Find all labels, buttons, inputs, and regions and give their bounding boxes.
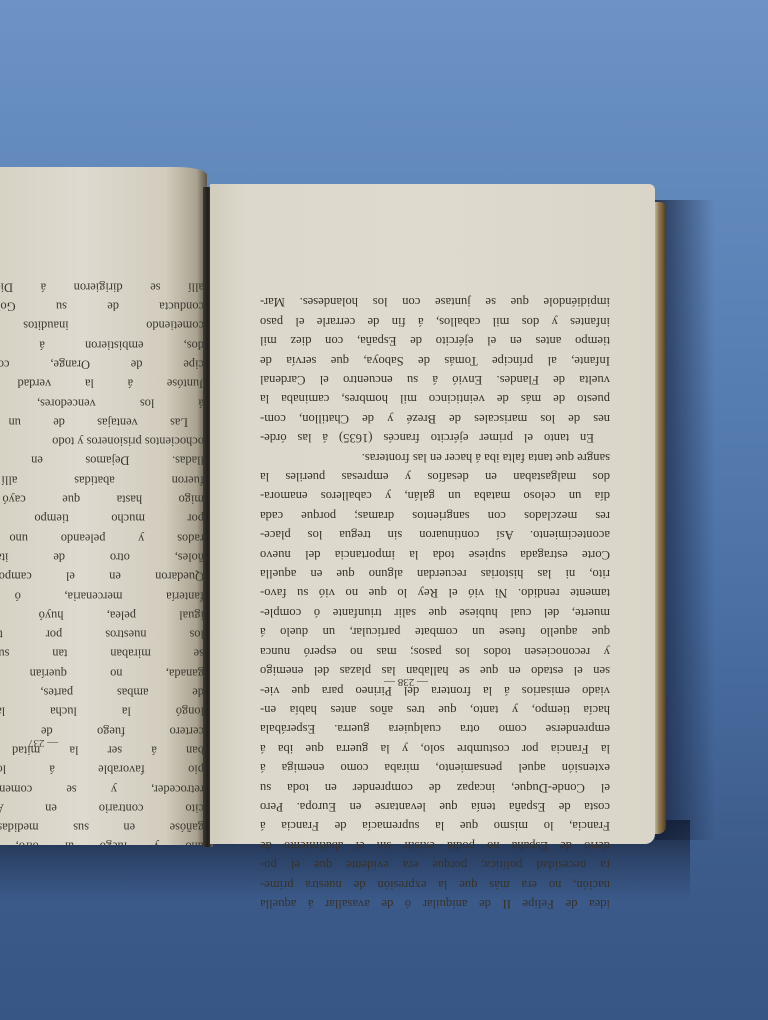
text-line: retroceder, y se comenzó la b (0, 779, 204, 798)
text-line: derío de España no podía existir sin el … (260, 835, 610, 854)
text-line: nación, no era más que la expresión de n… (260, 874, 610, 893)
text-line: dos malgastaban en desafíos y empresas p… (260, 467, 610, 486)
text-line: rito, ni las historias recuerdan alguno … (260, 564, 610, 583)
text-line: se miraban tan superiores en (0, 644, 204, 663)
text-line: día un celoso mataba un galán, y caballe… (260, 486, 610, 505)
text-line: infantes y dos mil caballos, á fin de ce… (260, 311, 610, 330)
text-line: ñoles, otro de italianos, los (0, 547, 204, 566)
left-page-text: chaban divididos los francescipe Tomás i… (0, 277, 204, 845)
text-line: tiempo antes en el ejército de España, c… (260, 331, 610, 350)
text-line: que aquello fuese un combate particular,… (260, 622, 610, 641)
text-line: idea de Felipe II de aniquilar ó de avas… (260, 894, 610, 913)
text-line: y reconociesen todos los pasos; mas no e… (260, 641, 610, 660)
text-line: fantería mercenaria, ó de na (0, 586, 204, 605)
left-page: chaban divididos los francescipe Tomás i… (0, 167, 207, 845)
text-line: por mucho tiempo el empuje (0, 509, 204, 528)
text-line: migo hasta que cayó el últi (0, 489, 204, 508)
text-line: gañóse en sus medidas, y hal (0, 817, 204, 836)
text-line: Francia, lo mismo que la supremacía de F… (260, 816, 610, 835)
text-line: longó la lucha largas horas (0, 702, 204, 721)
text-line: nes de los mariscales de Brezé y de Chat… (260, 408, 610, 427)
text-line: conducta de su Gobernador D. (0, 296, 204, 315)
right-page-number: — 238 — (376, 676, 436, 688)
text-line: uno y luego al otro, y de igu (0, 837, 204, 845)
text-line: fueron abatidas allí nuestras (0, 470, 204, 489)
text-line: ra necesidad política; porque era eviden… (260, 855, 610, 874)
text-line: res mezclados con sangrientos dramas; po… (260, 505, 610, 524)
text-line: de ambas partes, porque los (0, 682, 204, 701)
text-line: ganada, no querían ceder, ni (0, 663, 204, 682)
text-line: dos, embistieron á Tirlemont y (0, 335, 204, 354)
text-line: allí se dirigieron á Diest y Arel (0, 277, 204, 296)
text-line: muerte, del cual hubiese que salir triun… (260, 603, 610, 622)
text-line: cometiendo inauditos excesos, (0, 316, 204, 335)
text-line: En tanto el primer ejército francés (163… (260, 428, 610, 447)
text-line: costa de España tenía que levantarse en … (260, 797, 610, 816)
left-page-number: — 237 (28, 737, 58, 749)
text-line: impidiéndole que se juntase con los hola… (260, 292, 610, 311)
text-line: el Conde-Duque, incapaz de comprender en… (260, 777, 610, 796)
text-line: igual pelea, huyó primero la (0, 605, 204, 624)
text-line: tamente rendido. Ni vió el Rey lo que no… (260, 583, 610, 602)
text-line: extensión aquel pensamiento, miraba como… (260, 758, 610, 777)
text-line: Quedaron en el campo dos te (0, 566, 204, 585)
text-line: pio favorable á los nuestros, (0, 759, 204, 778)
right-page-text: idea de Felipe II de aniquilar ó de avas… (260, 292, 610, 913)
text-line: emprenderse como otra cualquiera guerra.… (260, 719, 610, 738)
text-line: sangre que tanta falta iba á hacer en la… (260, 447, 610, 466)
text-line: vuelta de Flandes. Envió á su encuentro … (260, 370, 610, 389)
text-line: rados y peleando uno contra ci (0, 528, 204, 547)
right-page: idea de Felipe II de aniquilar ó de avas… (210, 184, 655, 844)
text-line: lladas. Dejamos en el campo (0, 451, 204, 470)
text-line: á los vencedores, no fueron (0, 393, 204, 412)
text-line: puesto de más de veinticinco mil hombres… (260, 389, 610, 408)
text-line: hacía tiempo, y tanto, que tres años ant… (260, 700, 610, 719)
text-line: Juntóse á la verdad el ejército (0, 373, 204, 392)
text-line: los nuestros por todas partes (0, 624, 204, 643)
text-line: cito contrario en Avein, junto (0, 798, 204, 817)
text-line: ochocientos prisioneros y todo (0, 431, 204, 450)
text-line: cipe de Orange, como pretend (0, 354, 204, 373)
text-line: acontecimiento. Así continuaron sin treg… (260, 525, 610, 544)
text-line: la Francia por costumbre solo, y la guer… (260, 738, 610, 757)
text-line: Las ventajas de un triunfo q (0, 412, 204, 431)
text-line: Corte estragada supiese toda la importan… (260, 544, 610, 563)
text-line: Infante, al príncipe Tomás de Saboya, qu… (260, 350, 610, 369)
